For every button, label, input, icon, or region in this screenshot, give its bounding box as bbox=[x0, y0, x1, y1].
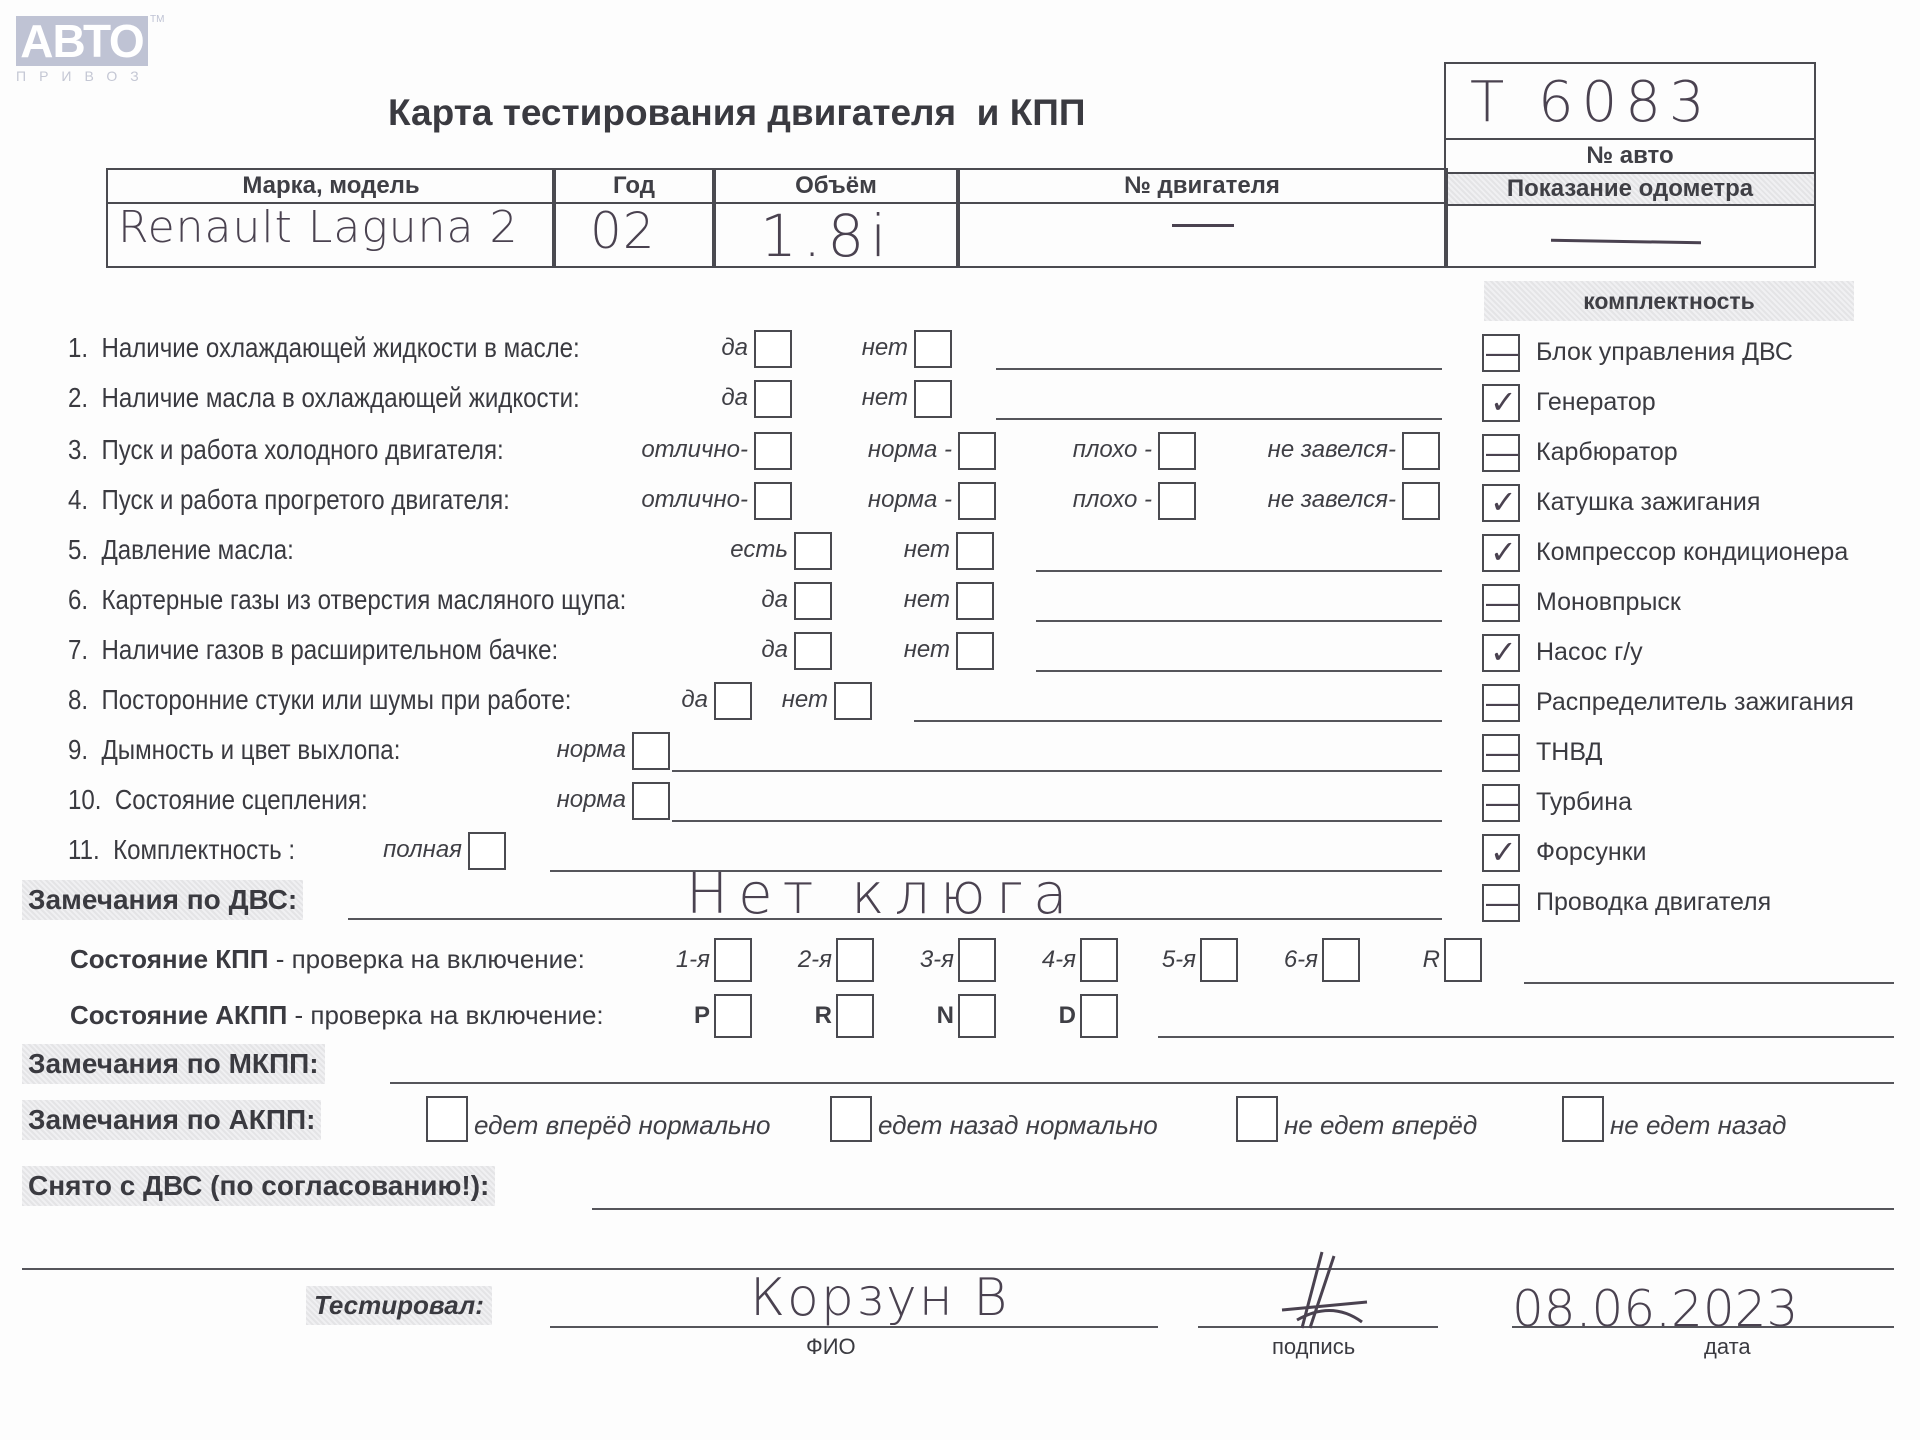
check-5-checkbox-2[interactable] bbox=[956, 532, 994, 570]
check-6-notes-line[interactable] bbox=[1036, 620, 1442, 622]
check-4-option-label-2: норма - bbox=[868, 486, 952, 514]
manual-remarks-line[interactable] bbox=[390, 1082, 1894, 1084]
auto-remarks-option-4: не едет назад bbox=[1610, 1110, 1786, 1141]
check-9-checkbox-1[interactable] bbox=[632, 732, 670, 770]
auto-gear-checkbox-2[interactable] bbox=[836, 994, 874, 1038]
dash-mark-icon: — bbox=[1486, 336, 1518, 368]
engine-remarks-label: Замечания по ДВС: bbox=[22, 880, 303, 920]
removed-label: Снято с ДВС (по согласованию!): bbox=[22, 1166, 495, 1206]
manual-gear-checkbox-7[interactable] bbox=[1444, 938, 1482, 982]
manual-gearbox-label: Состояние КПП - проверка на включение: bbox=[70, 944, 585, 975]
check-mark-icon: ✓ bbox=[1490, 486, 1517, 518]
check-4-checkbox-1[interactable] bbox=[754, 482, 792, 520]
check-1-checkbox-1[interactable] bbox=[754, 330, 792, 368]
kit-item-label-3: Карбюратор bbox=[1536, 438, 1678, 467]
date-caption: дата bbox=[1704, 1334, 1751, 1360]
check-6-option-label-2: нет bbox=[904, 586, 950, 614]
vehicle-header-3: № двигателя bbox=[956, 168, 1448, 204]
auto-remarks-checkbox-2[interactable] bbox=[830, 1096, 872, 1142]
manual-gear-label-2: 2-я bbox=[798, 946, 832, 974]
odometer-label: Показание одометра bbox=[1444, 172, 1816, 206]
auto-remarks-checkbox-3[interactable] bbox=[1236, 1096, 1278, 1142]
check-8-option-label-1: да bbox=[681, 686, 708, 714]
kit-item-label-12: Проводка двигателя bbox=[1536, 888, 1771, 917]
odometer-dash bbox=[1551, 239, 1701, 245]
check-4-checkbox-4[interactable] bbox=[1402, 482, 1440, 520]
kit-item-label-9: ТНВД bbox=[1536, 738, 1602, 767]
check-2-checkbox-1[interactable] bbox=[754, 380, 792, 418]
signature-caption: подпись bbox=[1272, 1334, 1355, 1360]
dash-mark-icon: — bbox=[1486, 786, 1518, 818]
check-label-4: 4. Пуск и работа прогретого двигателя: bbox=[68, 484, 510, 516]
check-10-checkbox-1[interactable] bbox=[632, 782, 670, 820]
kit-item-label-5: Компрессор кондиционера bbox=[1536, 538, 1848, 567]
check-6-checkbox-2[interactable] bbox=[956, 582, 994, 620]
check-9-notes-line[interactable] bbox=[672, 770, 1442, 772]
auto-gear-label-1: P bbox=[694, 1002, 710, 1030]
check-3-checkbox-2[interactable] bbox=[958, 432, 996, 470]
check-4-option-label-1: отлично- bbox=[641, 486, 748, 514]
manual-gear-label-5: 5-я bbox=[1162, 946, 1196, 974]
check-label-7: 7. Наличие газов в расширительном бачке: bbox=[68, 634, 558, 666]
logo-trademark: TM bbox=[150, 14, 164, 25]
check-2-option-label-2: нет bbox=[862, 384, 908, 412]
auto-gear-checkbox-3[interactable] bbox=[958, 994, 996, 1038]
engine-remarks-value[interactable]: Нет клюга bbox=[686, 862, 1077, 927]
manual-gear-checkbox-3[interactable] bbox=[958, 938, 996, 982]
auto-remarks-checkbox-1[interactable] bbox=[426, 1096, 468, 1142]
check-label-10: 10. Состояние сцепления: bbox=[68, 784, 368, 816]
kit-item-label-7: Насос г/у bbox=[1536, 638, 1643, 667]
manual-gear-checkbox-2[interactable] bbox=[836, 938, 874, 982]
check-5-option-label-2: нет bbox=[904, 536, 950, 564]
manual-gear-label-6: 6-я bbox=[1284, 946, 1318, 974]
dash-mark-icon: — bbox=[1486, 586, 1518, 618]
check-5-notes-line[interactable] bbox=[1036, 570, 1442, 572]
check-mark-icon: ✓ bbox=[1490, 636, 1517, 668]
check-4-option-label-3: плохо - bbox=[1073, 486, 1152, 514]
check-9-option-label-1: норма bbox=[557, 736, 626, 764]
kit-item-label-1: Блок управления ДВС bbox=[1536, 338, 1793, 367]
name-caption: ФИО bbox=[806, 1334, 856, 1360]
check-4-option-label-4: не завелся- bbox=[1268, 486, 1396, 514]
check-2-checkbox-2[interactable] bbox=[914, 380, 952, 418]
manual-gear-checkbox-5[interactable] bbox=[1200, 938, 1238, 982]
engine-number-dash bbox=[1172, 224, 1234, 227]
auto-gear-label-3: N bbox=[937, 1002, 954, 1030]
vehicle-value-0: Renault Laguna 2 bbox=[118, 202, 518, 253]
auto-gearbox-line bbox=[1158, 1036, 1894, 1038]
auto-remarks-option-1: едет вперёд нормально bbox=[474, 1110, 770, 1141]
check-11-option-label-1: полная bbox=[383, 836, 462, 864]
auto-remarks-option-3: не едет вперёд bbox=[1284, 1110, 1477, 1141]
check-label-2: 2. Наличие масла в охлаждающей жидкости: bbox=[68, 382, 580, 414]
tested-by-label: Тестировал: bbox=[306, 1286, 492, 1325]
auto-gear-label-2: R bbox=[815, 1002, 832, 1030]
removed-line[interactable] bbox=[592, 1208, 1894, 1210]
check-8-checkbox-2[interactable] bbox=[834, 682, 872, 720]
check-3-option-label-1: отлично- bbox=[641, 436, 748, 464]
check-7-checkbox-2[interactable] bbox=[956, 632, 994, 670]
manual-gear-label-3: 3-я bbox=[920, 946, 954, 974]
check-7-notes-line[interactable] bbox=[1036, 670, 1442, 672]
vehicle-value-cell-3[interactable] bbox=[956, 202, 1448, 268]
check-11-checkbox-1[interactable] bbox=[468, 832, 506, 870]
manual-gear-label-7: R bbox=[1423, 946, 1440, 974]
check-8-option-label-2: нет bbox=[782, 686, 828, 714]
auto-gear-checkbox-4[interactable] bbox=[1080, 994, 1118, 1038]
check-2-option-label-1: да bbox=[721, 384, 748, 412]
vehicle-value-cell-0[interactable]: Renault Laguna 2 bbox=[106, 202, 556, 268]
auto-remarks-checkbox-4[interactable] bbox=[1562, 1096, 1604, 1142]
check-label-6: 6. Картерные газы из отверстия масляного… bbox=[68, 584, 626, 616]
vehicle-value-2: 1.8i bbox=[760, 202, 892, 270]
check-3-checkbox-1[interactable] bbox=[754, 432, 792, 470]
manual-gearbox-line bbox=[1524, 982, 1894, 984]
kit-item-label-4: Катушка зажигания bbox=[1536, 488, 1760, 517]
check-label-9: 9. Дымность и цвет выхлопа: bbox=[68, 734, 400, 766]
kit-item-label-10: Турбина bbox=[1536, 788, 1632, 817]
auto-number-value[interactable]: Т 6083 bbox=[1470, 70, 1713, 135]
check-3-checkbox-4[interactable] bbox=[1402, 432, 1440, 470]
dash-mark-icon: — bbox=[1486, 736, 1518, 768]
kit-title: комплектность bbox=[1484, 281, 1854, 321]
check-10-notes-line[interactable] bbox=[672, 820, 1442, 822]
check-8-notes-line[interactable] bbox=[914, 720, 1442, 722]
date-value[interactable]: 08.06.2023 bbox=[1512, 1280, 1798, 1338]
check-mark-icon: ✓ bbox=[1490, 836, 1517, 868]
check-4-checkbox-2[interactable] bbox=[958, 482, 996, 520]
check-7-option-label-1: да bbox=[761, 636, 788, 664]
manual-gear-checkbox-4[interactable] bbox=[1080, 938, 1118, 982]
check-3-option-label-4: не завелся- bbox=[1268, 436, 1396, 464]
kit-item-label-6: Моновпрыск bbox=[1536, 588, 1681, 617]
dash-mark-icon: — bbox=[1486, 436, 1518, 468]
page-title: Карта тестирования двигателя и КПП bbox=[388, 92, 1085, 134]
check-8-checkbox-1[interactable] bbox=[714, 682, 752, 720]
check-label-5: 5. Давление масла: bbox=[68, 534, 294, 566]
manual-remarks-label: Замечания по МКПП: bbox=[22, 1044, 325, 1084]
dash-mark-icon: — bbox=[1486, 686, 1518, 718]
vehicle-header-0: Марка, модель bbox=[106, 168, 556, 204]
check-1-option-label-1: да bbox=[721, 334, 748, 362]
check-4-checkbox-3[interactable] bbox=[1158, 482, 1196, 520]
check-label-1: 1. Наличие охлаждающей жидкости в масле: bbox=[68, 332, 580, 364]
check-mark-icon: ✓ bbox=[1490, 536, 1517, 568]
manual-gear-checkbox-6[interactable] bbox=[1322, 938, 1360, 982]
logo-subtitle: ПРИВОЗ bbox=[16, 68, 156, 84]
kit-item-label-2: Генератор bbox=[1536, 388, 1656, 417]
check-1-notes-line[interactable] bbox=[996, 368, 1442, 370]
check-2-notes-line[interactable] bbox=[996, 418, 1442, 420]
auto-remarks-option-2: едет назад нормально bbox=[878, 1110, 1158, 1141]
tested-by-name[interactable]: Корзун В bbox=[750, 1268, 1009, 1328]
dash-mark-icon: — bbox=[1486, 886, 1518, 918]
auto-number-box: Т 6083 bbox=[1444, 62, 1816, 140]
manual-gear-label-4: 4-я bbox=[1042, 946, 1076, 974]
vehicle-value-1: 02 bbox=[590, 202, 656, 260]
check-1-option-label-2: нет bbox=[862, 334, 908, 362]
vehicle-header-2: Объём bbox=[712, 168, 960, 204]
check-label-3: 3. Пуск и работа холодного двигателя: bbox=[68, 434, 504, 466]
auto-number-label: № авто bbox=[1444, 138, 1816, 174]
vehicle-value-cell-1[interactable]: 02 bbox=[552, 202, 716, 268]
auto-remarks-label: Замечания по АКПП: bbox=[22, 1100, 321, 1140]
check-3-checkbox-3[interactable] bbox=[1158, 432, 1196, 470]
signature-scribble[interactable] bbox=[1262, 1250, 1372, 1330]
kit-item-label-8: Распределитель зажигания bbox=[1536, 688, 1854, 717]
auto-gearbox-label: Состояние АКПП - проверка на включение: bbox=[70, 1000, 604, 1031]
check-1-checkbox-2[interactable] bbox=[914, 330, 952, 368]
manual-gear-checkbox-1[interactable] bbox=[714, 938, 752, 982]
check-label-11: 11. Комплектность : bbox=[68, 834, 295, 866]
odometer-field[interactable] bbox=[1444, 204, 1816, 268]
check-3-option-label-2: норма - bbox=[868, 436, 952, 464]
check-6-option-label-1: да bbox=[761, 586, 788, 614]
kit-item-label-11: Форсунки bbox=[1536, 838, 1647, 867]
check-10-option-label-1: норма bbox=[557, 786, 626, 814]
check-5-checkbox-1[interactable] bbox=[794, 532, 832, 570]
auto-gear-label-4: D bbox=[1059, 1002, 1076, 1030]
manual-gear-label-1: 1-я bbox=[676, 946, 710, 974]
check-6-checkbox-1[interactable] bbox=[794, 582, 832, 620]
logo: АВТО bbox=[16, 16, 148, 66]
check-mark-icon: ✓ bbox=[1490, 386, 1517, 418]
auto-gear-checkbox-1[interactable] bbox=[714, 994, 752, 1038]
check-3-option-label-3: плохо - bbox=[1073, 436, 1152, 464]
check-5-option-label-1: есть bbox=[730, 536, 788, 564]
check-7-option-label-2: нет bbox=[904, 636, 950, 664]
check-7-checkbox-1[interactable] bbox=[794, 632, 832, 670]
vehicle-value-cell-2[interactable]: 1.8i bbox=[712, 202, 960, 268]
vehicle-header-1: Год bbox=[552, 168, 716, 204]
check-label-8: 8. Посторонние стуки или шумы при работе… bbox=[68, 684, 571, 716]
